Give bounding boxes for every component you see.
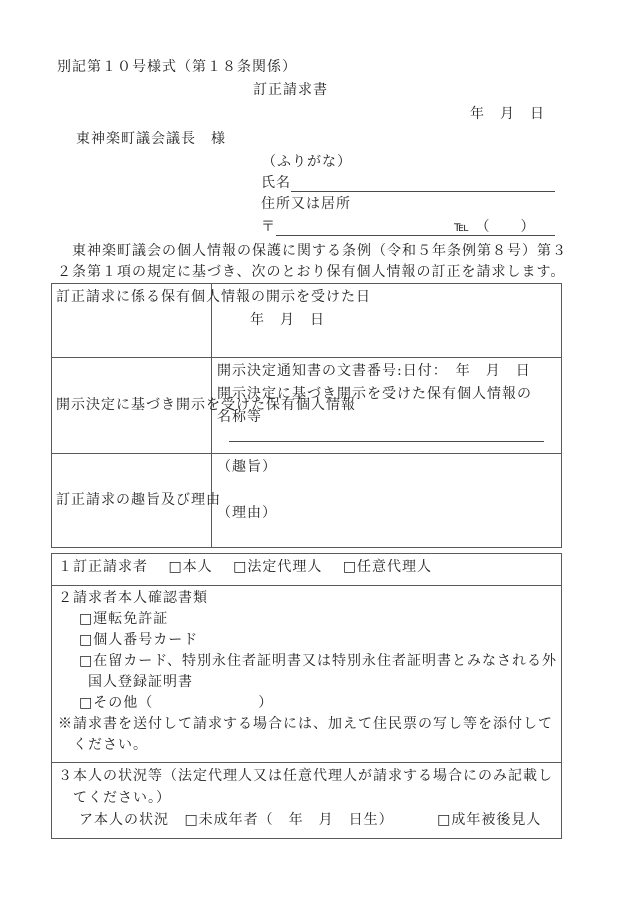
intro-line-1: 東神楽町議会の個人情報の保護に関する条例（令和５年条例第８号）第３ xyxy=(57,240,567,263)
header-date-field[interactable]: 年 月 日 xyxy=(470,103,545,126)
postal-input-line[interactable]: ℡ （ ） xyxy=(276,216,555,236)
disclosed-info-desc-line-1: 開示決定に基づき開示を受けた保有個人情報の xyxy=(217,383,556,406)
checkbox-drivers-license[interactable]: □運転免許証 xyxy=(79,609,555,630)
name-input-line[interactable] xyxy=(291,172,555,192)
checkbox-legal-representative[interactable]: □法定代理人 xyxy=(233,559,322,575)
tel-field[interactable]: ℡ （ ） xyxy=(454,219,536,235)
form-number: 別記第１０号様式（第１８条関係） xyxy=(57,56,297,79)
table-row: 訂正請求に係る保有個人情報の開示を受けた日 年 月 日 xyxy=(52,284,562,358)
checkbox-other[interactable]: □その他（ ） xyxy=(79,693,555,714)
purport-reason-label: 訂正請求の趣旨及び理由 xyxy=(52,454,212,548)
personal-status-line: ア本人の状況 □未成年者（ 年 月 日生） □成年被後見人 xyxy=(79,809,555,831)
id-documents-heading: ２請求者本人確認書類 xyxy=(58,588,555,609)
disclosure-date-label: 訂正請求に係る保有個人情報の開示を受けた日 xyxy=(52,284,212,358)
requester-label: １訂正請求者 xyxy=(58,559,148,575)
personal-status-cell: ３本人の状況等（法定代理人又は任意代理人が請求する場合にのみ記載し てください。… xyxy=(52,763,562,839)
checkbox-mynumber-card[interactable]: □個人番号カード xyxy=(79,630,555,651)
address-label: 住所又は居所 xyxy=(261,193,351,216)
checkbox-residence-card[interactable]: □在留カード、特別永住者証明書又は特別永住者証明書とみなされる外 xyxy=(79,651,555,672)
requester-info-table: １訂正請求者 □本人 □法定代理人 □任意代理人 ２請求者本人確認書類 □運転免… xyxy=(51,553,562,839)
postal-tel-row: 〒 ℡ （ ） xyxy=(261,216,555,239)
postal-mark-icon: 〒 xyxy=(261,216,276,239)
disclosed-info-label: 開示決定に基づき開示を受けた保有個人情報 xyxy=(52,358,212,454)
request-details-table: 訂正請求に係る保有個人情報の開示を受けた日 年 月 日 開示決定に基づき開示を受… xyxy=(51,283,562,548)
mailing-note-line-1: ※請求書を送付して請求する場合には、加えて住民票の写し等を添付して xyxy=(58,714,555,735)
checkbox-adult-ward[interactable]: □成年被後見人 xyxy=(437,812,541,828)
residence-card-wrap-line: 国人登録証明書 xyxy=(88,672,555,693)
reason-label: （理由） xyxy=(217,502,556,525)
disclosed-info-cell: 開示決定通知書の文書番号:日付： 年 月 日 開示決定に基づき開示を受けた保有個… xyxy=(212,358,562,454)
name-row: 氏名 xyxy=(261,172,555,195)
purport-reason-cell[interactable]: （趣旨） （理由） xyxy=(212,454,562,548)
id-documents-cell: ２請求者本人確認書類 □運転免許証 □個人番号カード □在留カード、特別永住者証… xyxy=(52,586,562,763)
furigana-label: （ふりがな） xyxy=(262,151,352,174)
doc-number-date-line[interactable]: 開示決定通知書の文書番号:日付： 年 月 日 xyxy=(217,360,556,383)
checkbox-minor[interactable]: □未成年者（ 年 月 日生） xyxy=(184,812,393,828)
mailing-note-line-2: ください。 xyxy=(73,735,555,756)
doc-title: 訂正請求書 xyxy=(253,79,328,102)
personal-status-item-label: ア本人の状況 xyxy=(79,812,169,828)
table-row: ２請求者本人確認書類 □運転免許証 □個人番号カード □在留カード、特別永住者証… xyxy=(52,586,562,763)
checkbox-voluntary-representative[interactable]: □任意代理人 xyxy=(343,559,432,575)
requester-row: １訂正請求者 □本人 □法定代理人 □任意代理人 xyxy=(52,554,562,586)
info-name-input-line[interactable] xyxy=(229,441,544,442)
table-row: ３本人の状況等（法定代理人又は任意代理人が請求する場合にのみ記載し てください。… xyxy=(52,763,562,839)
purport-input-area[interactable] xyxy=(217,479,556,502)
personal-status-heading-2: てください。） xyxy=(73,787,555,809)
table-row: １訂正請求者 □本人 □法定代理人 □任意代理人 xyxy=(52,554,562,586)
checkbox-self[interactable]: □本人 xyxy=(168,559,212,575)
purport-label: （趣旨） xyxy=(217,456,556,479)
name-label: 氏名 xyxy=(261,172,291,195)
correction-request-form-page: 別記第１０号様式（第１８条関係） 訂正請求書 年 月 日 東神楽町議会議長 様 … xyxy=(0,0,630,903)
table-row: 開示決定に基づき開示を受けた保有個人情報 開示決定通知書の文書番号:日付： 年 … xyxy=(52,358,562,454)
addressee: 東神楽町議会議長 様 xyxy=(76,128,226,151)
table-row: 訂正請求の趣旨及び理由 （趣旨） （理由） xyxy=(52,454,562,548)
personal-status-heading-1: ３本人の状況等（法定代理人又は任意代理人が請求する場合にのみ記載し xyxy=(58,765,555,787)
intro-line-2: ２条第１項の規定に基づき、次のとおり保有個人情報の訂正を請求します。 xyxy=(57,261,565,284)
